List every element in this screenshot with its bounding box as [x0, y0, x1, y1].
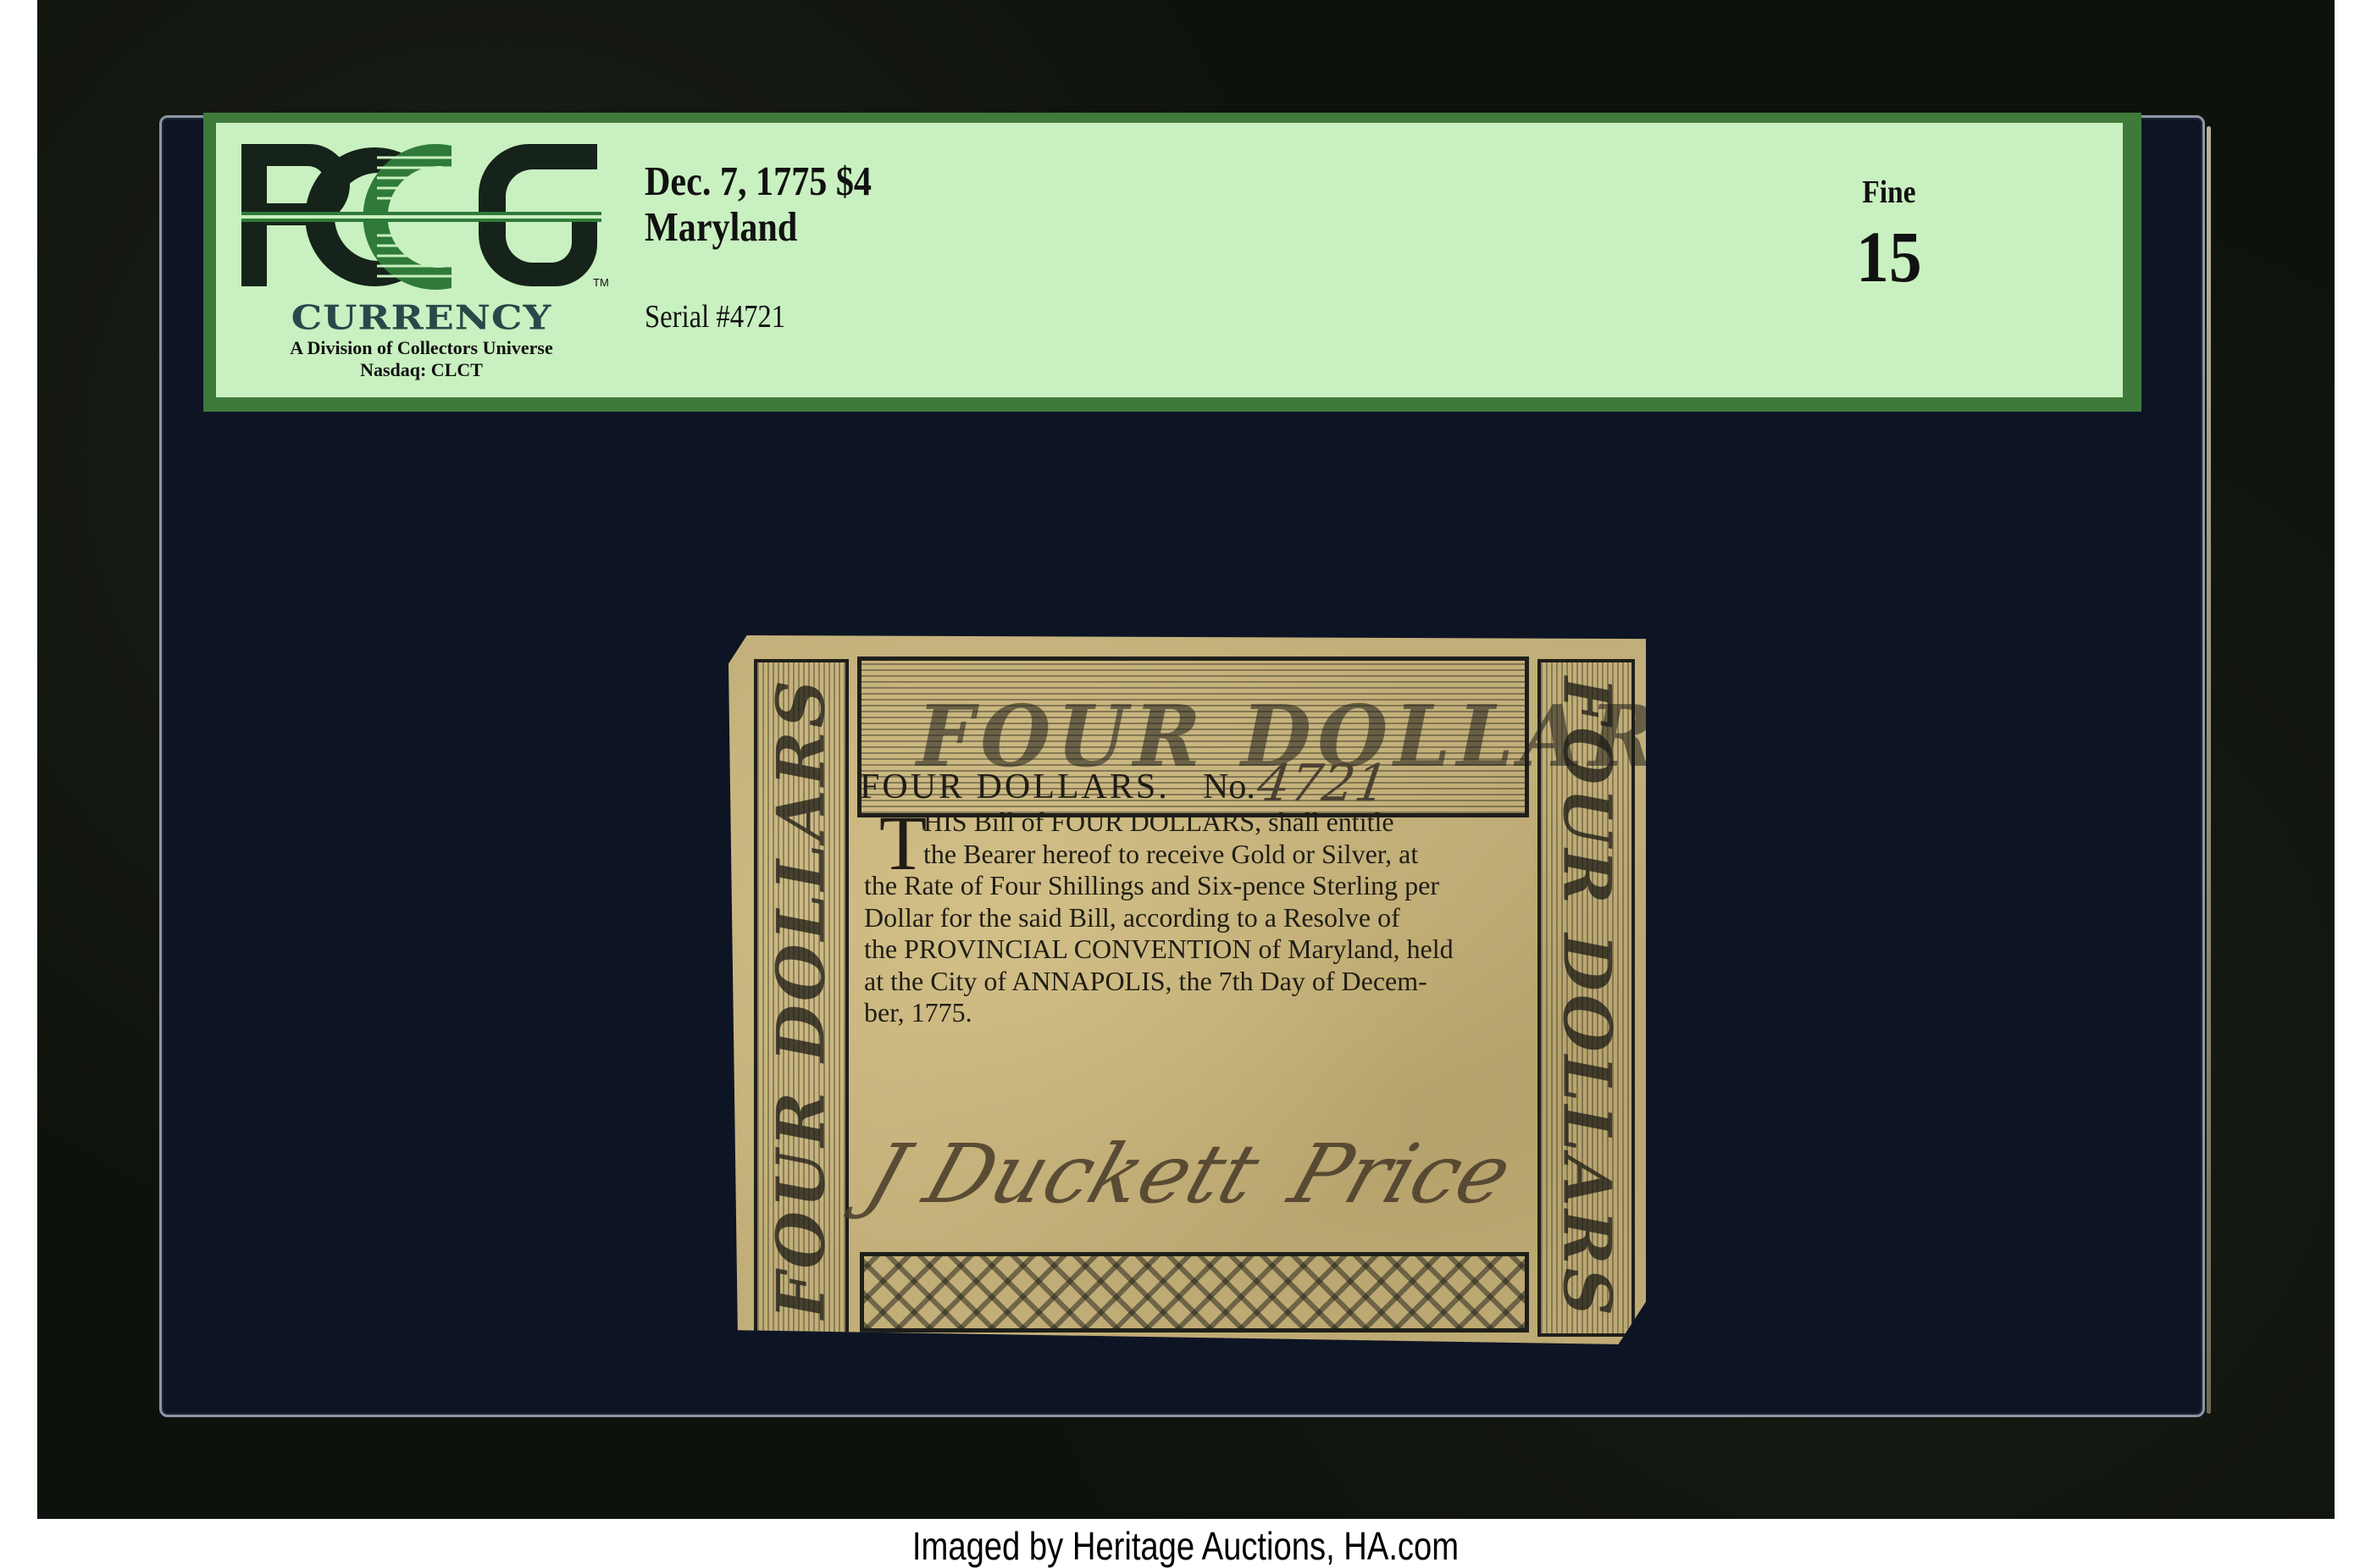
- signature-1: J Duckett: [856, 1127, 1271, 1222]
- division-text: A Division of Collectors Universe: [241, 337, 601, 359]
- bottom-vignette: [860, 1252, 1529, 1333]
- pcgs-logo-icon: [241, 141, 601, 293]
- left-border-panel: FOUR DOLLARS: [754, 659, 849, 1337]
- image-credit-caption: Imaged by Heritage Auctions, HA.com: [202, 1523, 2169, 1568]
- signatures: J Duckett Price: [871, 1127, 1532, 1245]
- body-line: at the City of ANNAPOLIS, the 7th Day of…: [864, 966, 1542, 998]
- currency-wordmark: CURRENCY: [241, 298, 601, 337]
- body-line: the Rate of Four Shillings and Six-pence…: [864, 870, 1542, 902]
- trademark-mark: TM: [593, 276, 609, 289]
- note-state: Maryland: [645, 203, 797, 250]
- body-line: the Bearer hereof to receive Gold or Sil…: [864, 839, 1542, 871]
- body-line: HIS Bill of FOUR DOLLARS, shall entitle: [864, 806, 1542, 839]
- note-serial-number: Serial #4721: [645, 298, 785, 335]
- number-label: No.: [1203, 767, 1255, 807]
- grade-name: Fine: [1830, 174, 1949, 211]
- body-line: ber, 1775.: [864, 997, 1542, 1029]
- pcgs-currency-logo: TM CURRENCY A Division of Collectors Uni…: [241, 141, 601, 386]
- banknote: FOUR DOLLARS FOUR DOLLARS FOUR DOLLARS F…: [728, 635, 1646, 1344]
- company-division: A Division of Collectors Universe Nasdaq…: [241, 337, 601, 381]
- note-title: Dec. 7, 1775 $4: [645, 158, 872, 204]
- left-panel-text: FOUR DOLLARS: [763, 677, 840, 1319]
- ticker-text: Nasdaq: CLCT: [241, 359, 601, 381]
- grade-number: 15: [1828, 219, 1950, 295]
- note-body-text: HIS Bill of FOUR DOLLARS, shall entitle …: [864, 806, 1542, 1029]
- body-line: the PROVINCIAL CONVENTION of Maryland, h…: [864, 934, 1542, 966]
- signature-2: Price: [1279, 1127, 1523, 1222]
- body-line: Dollar for the said Bill, according to a…: [864, 902, 1542, 934]
- handwritten-serial: 4721: [1254, 754, 1392, 813]
